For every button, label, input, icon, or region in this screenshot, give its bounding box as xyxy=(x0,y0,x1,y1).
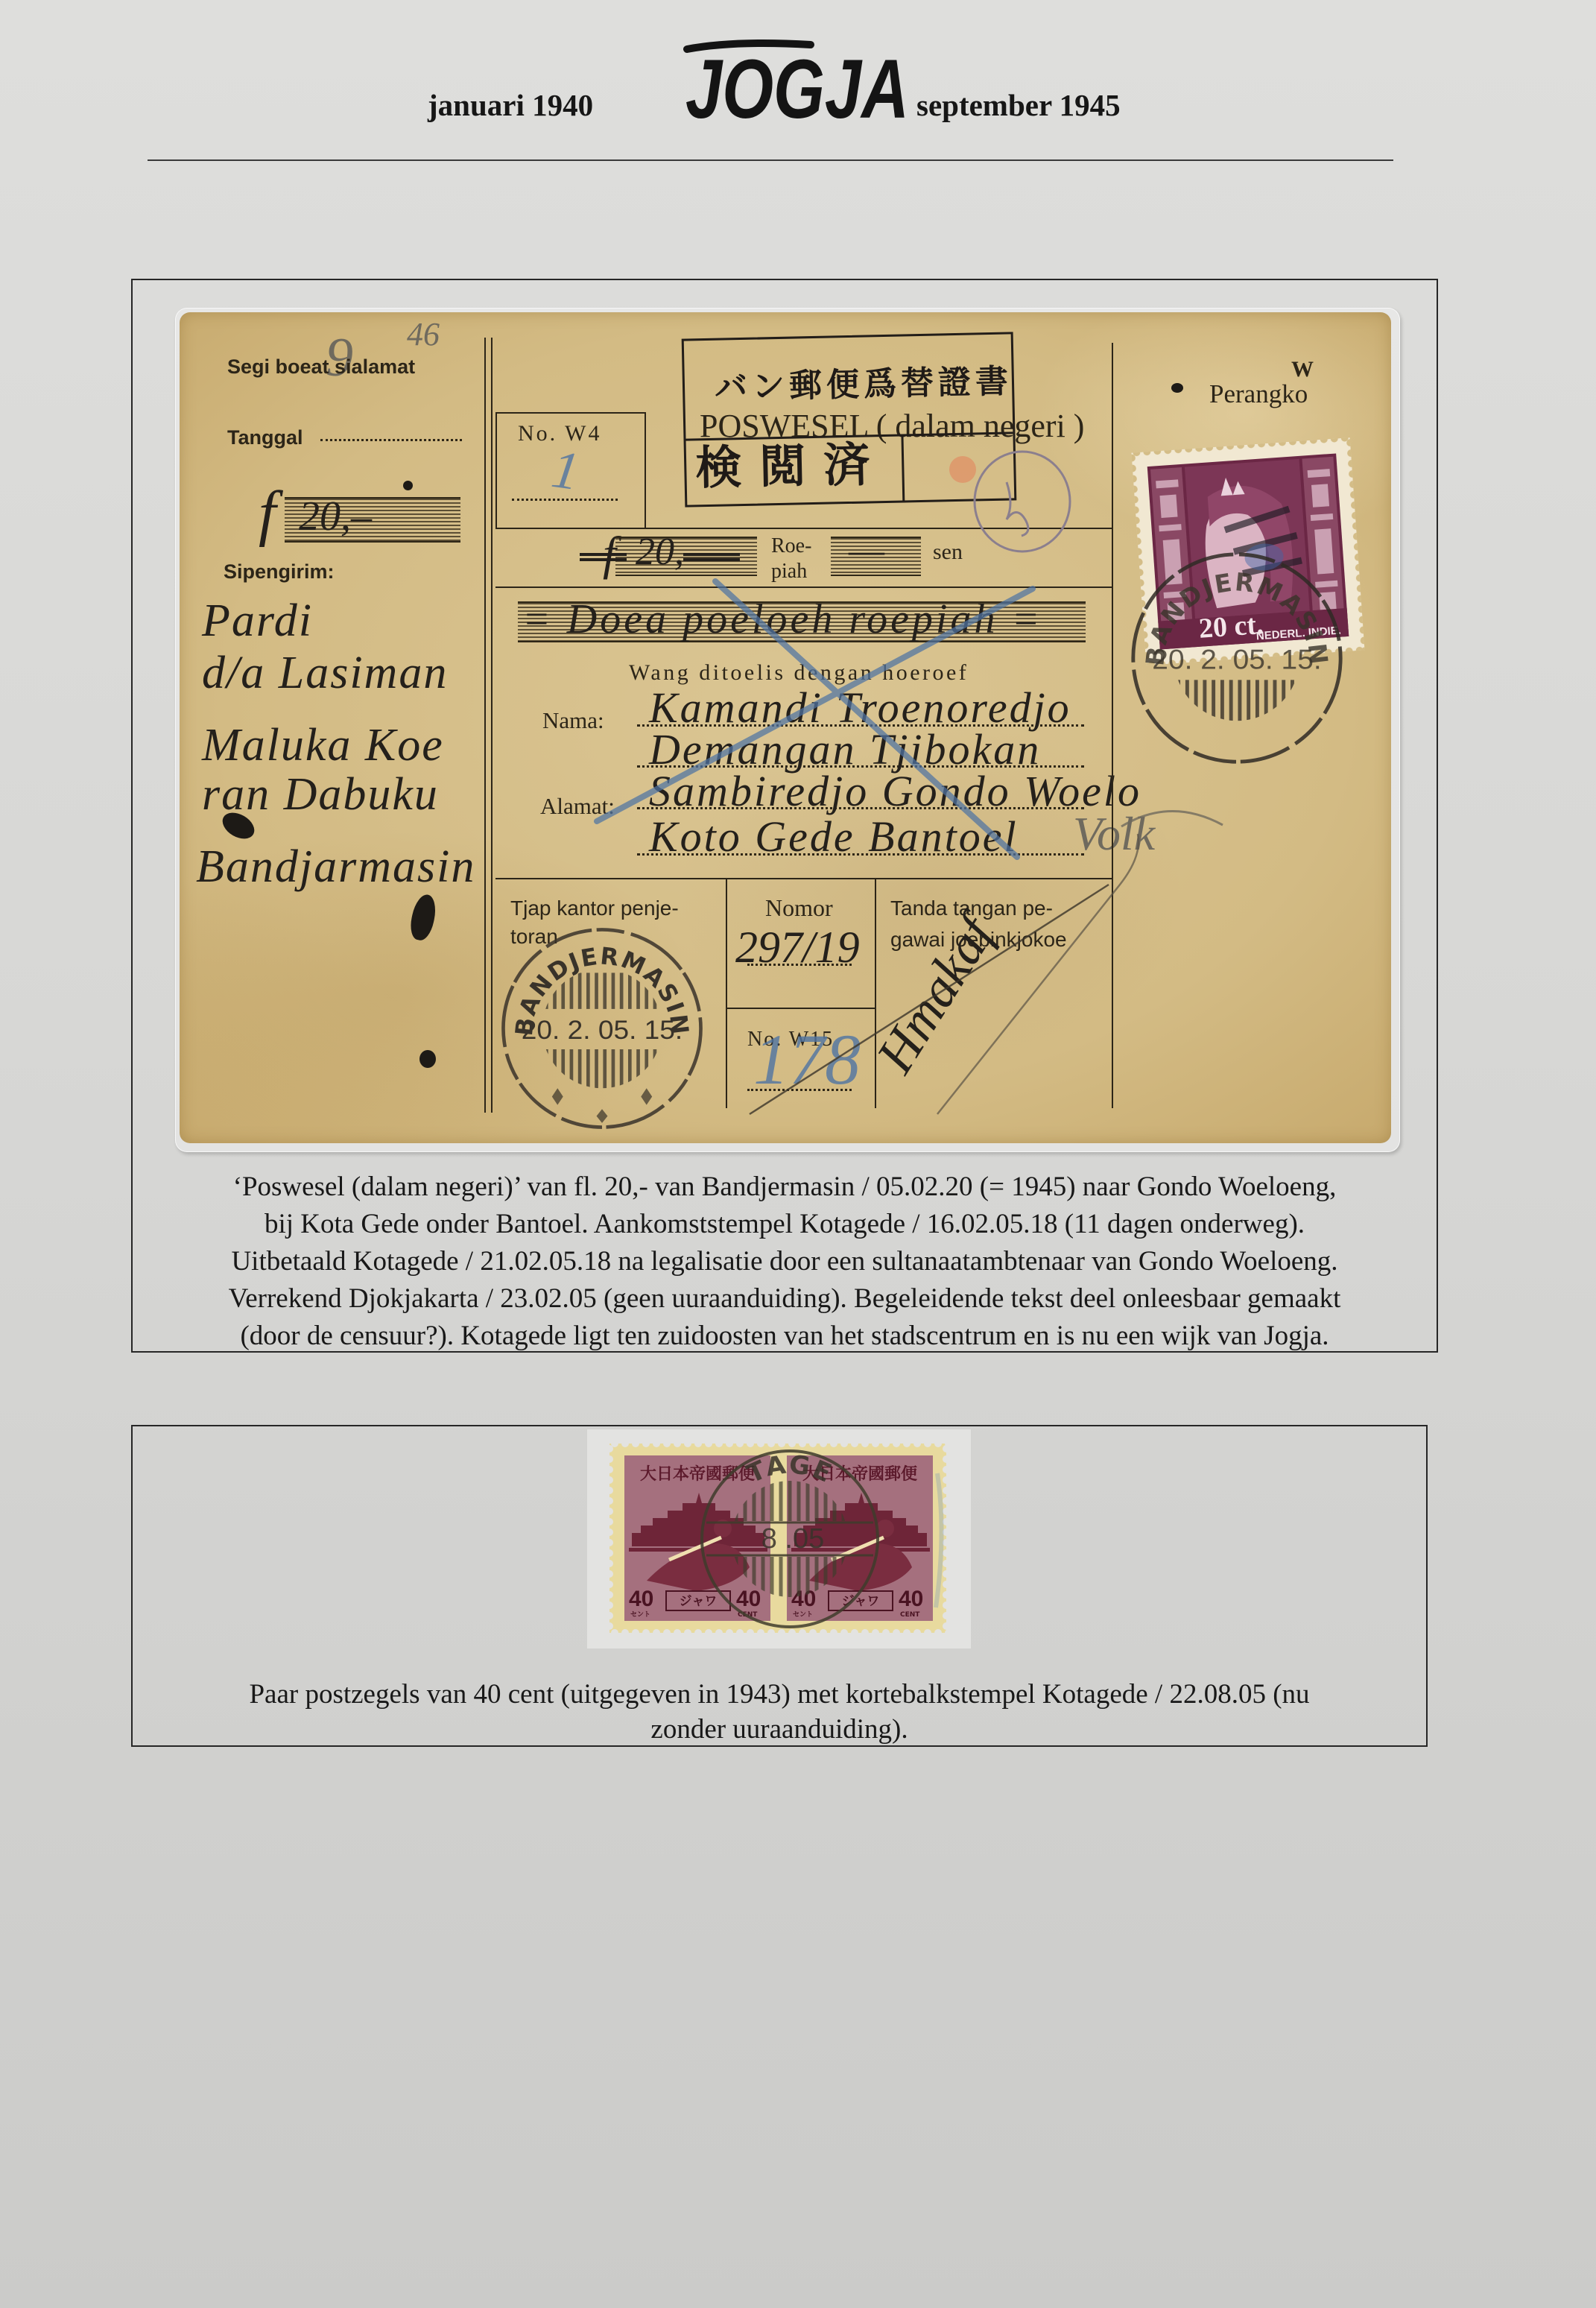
svg-text:40: 40 xyxy=(791,1587,816,1611)
perforation-divider xyxy=(484,338,486,1113)
sen-label: sen xyxy=(933,541,963,563)
date-label: Tanggal xyxy=(227,428,303,448)
svg-text:20. 2. 05. 15.: 20. 2. 05. 15. xyxy=(522,1015,683,1045)
ink-dot xyxy=(1171,383,1183,393)
form-rule xyxy=(495,878,1112,879)
sender-line: Bandjarmasin xyxy=(196,844,475,890)
amount-sen: — xyxy=(849,530,884,570)
recipient-line: Koto Gede Bantoel xyxy=(649,815,1019,859)
recipient-line: Demangan Tjibokan xyxy=(649,728,1041,771)
sender-line: d/a Lasiman xyxy=(202,650,448,696)
svg-text:20. 2. 05. 15.: 20. 2. 05. 15. xyxy=(1152,644,1321,675)
amount-prefix: f xyxy=(603,530,616,578)
number-dotted-line xyxy=(512,499,618,501)
serial-dotted-line xyxy=(747,964,852,966)
blue-pencil-number: 178 xyxy=(753,1024,861,1095)
amount-roepiah: 20,– xyxy=(636,533,703,572)
svg-text:セント: セント xyxy=(630,1610,650,1619)
stamp-area-divider xyxy=(1112,343,1113,1108)
censor-divider xyxy=(901,434,905,502)
header-start-date: januari 1940 xyxy=(428,90,593,121)
java-40-cent-stamp-pair: 大日本帝國郵便 40 セント ジャワ 40 CENT 大日本帝國郵便 40 セン… xyxy=(609,1444,946,1633)
postmark-bandjermasin: BANDJERMASIN 20. 2. 05. 15. xyxy=(498,924,706,1133)
caption-line: (door de censuur?). Kotagede ligt ten zu… xyxy=(131,1318,1438,1355)
caption-line: Paar postzegels van 40 cent (uitgegeven … xyxy=(131,1677,1428,1712)
caption-line: ‘Poswesel (dalam negeri)’ van fl. 20,- v… xyxy=(131,1169,1438,1206)
poswesel-card: 9 46 Segi boeat sialamat Tanggal f 20,– … xyxy=(180,312,1391,1143)
header-end-date: september 1945 xyxy=(916,90,1121,121)
roepiah-label: Roe- xyxy=(771,536,811,557)
counterfoil-amount-prefix: f xyxy=(259,482,276,545)
stamp-left: 大日本帝國郵便 40 セント ジャワ 40 CENT xyxy=(624,1455,770,1621)
form-column-divider xyxy=(875,879,876,1108)
postmark-on-stamp: BANDJERMASIN 20. 2. 05. 15. xyxy=(1127,548,1346,768)
recipient-line: Kamandi Troenoredjo xyxy=(649,686,1071,730)
svg-text:8 .05: 8 .05 xyxy=(761,1523,825,1555)
date-dotted-line xyxy=(320,439,462,441)
caption-line: zonder uuraanduiding). xyxy=(131,1712,1428,1747)
address-label: Alamat: xyxy=(540,794,615,818)
svg-text:40: 40 xyxy=(899,1587,923,1611)
postage-letter: W xyxy=(1291,358,1314,381)
header-divider xyxy=(148,159,1393,161)
recipient-line: Sambiredjo Gondo Woelo xyxy=(649,770,1141,813)
stamp-pair-caption: Paar postzegels van 40 cent (uitgegeven … xyxy=(131,1677,1428,1747)
counterfoil-title: Segi boeat sialamat xyxy=(227,357,415,377)
ink-blot xyxy=(419,1050,436,1068)
roepiah-label: piah xyxy=(771,561,807,582)
counterfoil-amount: 20,– xyxy=(299,496,372,537)
signature-label: Tanda tangan pe- xyxy=(890,898,1053,919)
svg-text:40: 40 xyxy=(736,1587,761,1611)
form-rule xyxy=(495,587,1112,588)
svg-text:セント: セント xyxy=(793,1610,813,1619)
office-stamp-label: Tjap kantor penje- xyxy=(510,898,679,919)
pencil-note-2: 46 xyxy=(407,318,440,351)
svg-text:ジャワ: ジャワ xyxy=(680,1594,718,1609)
serial-value: 297/19 xyxy=(735,925,860,970)
censor-header-text: バン郵便爲替證書 xyxy=(715,365,1013,404)
sender-line: ran Dabuku xyxy=(202,771,439,818)
perforation-divider xyxy=(491,338,493,1113)
album-page: januari 1940 JOGJA september 1945 9 46 S… xyxy=(0,0,1596,2308)
amount-words-label: Wang ditoelis dengan hoeroef xyxy=(629,662,969,684)
serial-label: Nomor xyxy=(765,896,833,920)
caption-line: Uitbetaald Kotagede / 21.02.05.18 na leg… xyxy=(131,1243,1438,1280)
sender-line: Pardi xyxy=(202,598,313,644)
sender-line: Maluka Koe xyxy=(202,722,444,768)
sender-label: Sipengirim: xyxy=(224,562,335,582)
pencil-annotation: Volk xyxy=(1073,810,1155,858)
amount-in-words: = Doea poeloeh roepiah = xyxy=(522,598,1042,640)
caption-line: bij Kota Gede onder Bantoel. Aankomstste… xyxy=(131,1206,1438,1243)
money-order-caption: ‘Poswesel (dalam negeri)’ van fl. 20,- v… xyxy=(131,1169,1438,1355)
name-label: Nama: xyxy=(542,709,604,732)
jogja-logo: JOGJA xyxy=(683,34,915,136)
ink-dot xyxy=(403,481,413,490)
postage-label: Perangko xyxy=(1209,381,1308,407)
censor-handstamp: バン郵便爲替證書 検閲済 xyxy=(682,332,1017,507)
svg-text:40: 40 xyxy=(629,1587,653,1611)
logo-text: JOGJA xyxy=(685,42,909,136)
censor-mark-text: 検閲済 xyxy=(695,441,888,491)
form-rule xyxy=(726,1008,875,1009)
caption-line: Verrekend Djokjakarta / 23.02.05 (geen u… xyxy=(131,1280,1438,1318)
ink-blot xyxy=(408,893,439,943)
svg-text:CENT: CENT xyxy=(900,1611,920,1619)
form-column-divider xyxy=(726,879,727,1108)
form-rule xyxy=(495,528,1112,529)
